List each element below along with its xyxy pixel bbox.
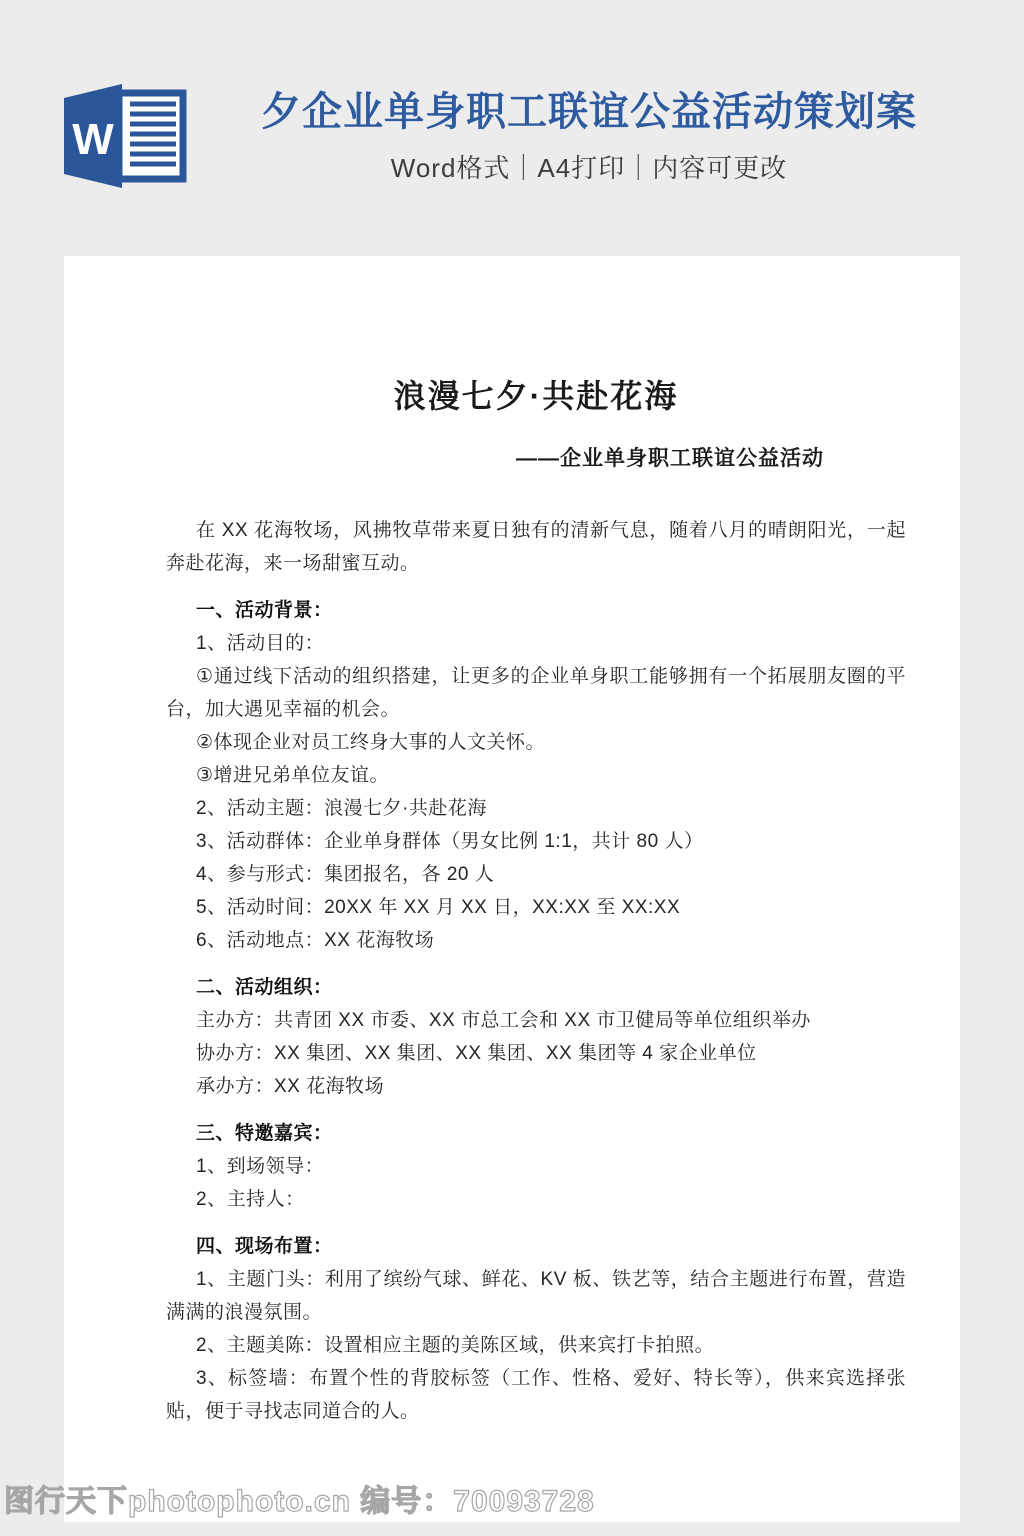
doc-paragraph-body: ③增进兄弟单位友谊。 — [166, 759, 906, 792]
word-file-icon: W — [64, 84, 194, 188]
doc-paragraph-body: 1、主题门头：利用了缤纷气球、鲜花、KV 板、铁艺等，结合主题进行布置，营造满满… — [166, 1263, 906, 1329]
doc-paragraph-body: ②体现企业对员工终身大事的人文关怀。 — [166, 726, 906, 759]
word-letter: W — [72, 115, 114, 164]
template-format-subtitle: Word格式｜A4打印｜内容可更改 — [391, 148, 787, 185]
doc-paragraph-body: 协办方：XX 集团、XX 集团、XX 集团、XX 集团等 4 家企业单位 — [166, 1037, 906, 1070]
doc-paragraph-body: 6、活动地点：XX 花海牧场 — [166, 924, 906, 957]
doc-title: 浪漫七夕·共赴花海 — [166, 376, 906, 416]
doc-paragraph-heading: 三、特邀嘉宾： — [166, 1117, 906, 1150]
doc-paragraph-body: ①通过线下活动的组织搭建，让更多的企业单身职工能够拥有一个拓展朋友圈的平台，加大… — [166, 660, 906, 726]
doc-paragraph-body: 2、主题美陈：设置相应主题的美陈区域，供来宾打卡拍照。 — [166, 1329, 906, 1362]
doc-paragraph-heading: 一、活动背景： — [166, 594, 906, 627]
header-text-block: 夕企业单身职工联谊公益活动策划案 Word格式｜A4打印｜内容可更改 — [194, 84, 984, 185]
doc-subtitle: ——企业单身职工联谊公益活动 — [166, 442, 906, 472]
doc-paragraph-body: 3、标签墙：布置个性的背胶标签（工作、性格、爱好、特长等），供来宾选择张贴，便于… — [166, 1362, 906, 1428]
doc-paragraph-heading: 四、现场布置： — [166, 1230, 906, 1263]
template-title: 夕企业单身职工联谊公益活动策划案 — [261, 84, 917, 140]
preview-header: W 夕企业单身职工联谊公益活动策划案 Word格式｜A4打印｜内容可更改 — [0, 0, 1024, 256]
word-file-icon-graphic: W — [64, 84, 194, 188]
doc-paragraph-heading: 二、活动组织： — [166, 971, 906, 1004]
document-text-lines — [130, 104, 176, 164]
doc-paragraph-body: 1、活动目的： — [166, 627, 906, 660]
doc-paragraph-body: 5、活动时间：20XX 年 XX 月 XX 日，XX:XX 至 XX:XX — [166, 891, 906, 924]
doc-paragraph-body: 在 XX 花海牧场，风拂牧草带来夏日独有的清新气息，随着八月的晴朗阳光，一起奔赴… — [166, 514, 906, 580]
document-page: 浪漫七夕·共赴花海 ——企业单身职工联谊公益活动 在 XX 花海牧场，风拂牧草带… — [64, 256, 960, 1522]
doc-paragraph-body: 承办方：XX 花海牧场 — [166, 1070, 906, 1103]
doc-body: 在 XX 花海牧场，风拂牧草带来夏日独有的清新气息，随着八月的晴朗阳光，一起奔赴… — [166, 514, 906, 1428]
doc-paragraph-body: 1、到场领导： — [166, 1150, 906, 1183]
doc-paragraph-body: 2、活动主题：浪漫七夕·共赴花海 — [166, 792, 906, 825]
doc-paragraph-body: 4、参与形式：集团报名，各 20 人 — [166, 858, 906, 891]
watermark: 图行天下photophoto.cn 编号：70093728 — [4, 1476, 595, 1520]
doc-paragraph-body: 3、活动群体：企业单身群体（男女比例 1:1，共计 80 人） — [166, 825, 906, 858]
doc-paragraph-body: 2、主持人： — [166, 1183, 906, 1216]
doc-paragraph-body: 主办方：共青团 XX 市委、XX 市总工会和 XX 市卫健局等单位组织举办 — [166, 1004, 906, 1037]
